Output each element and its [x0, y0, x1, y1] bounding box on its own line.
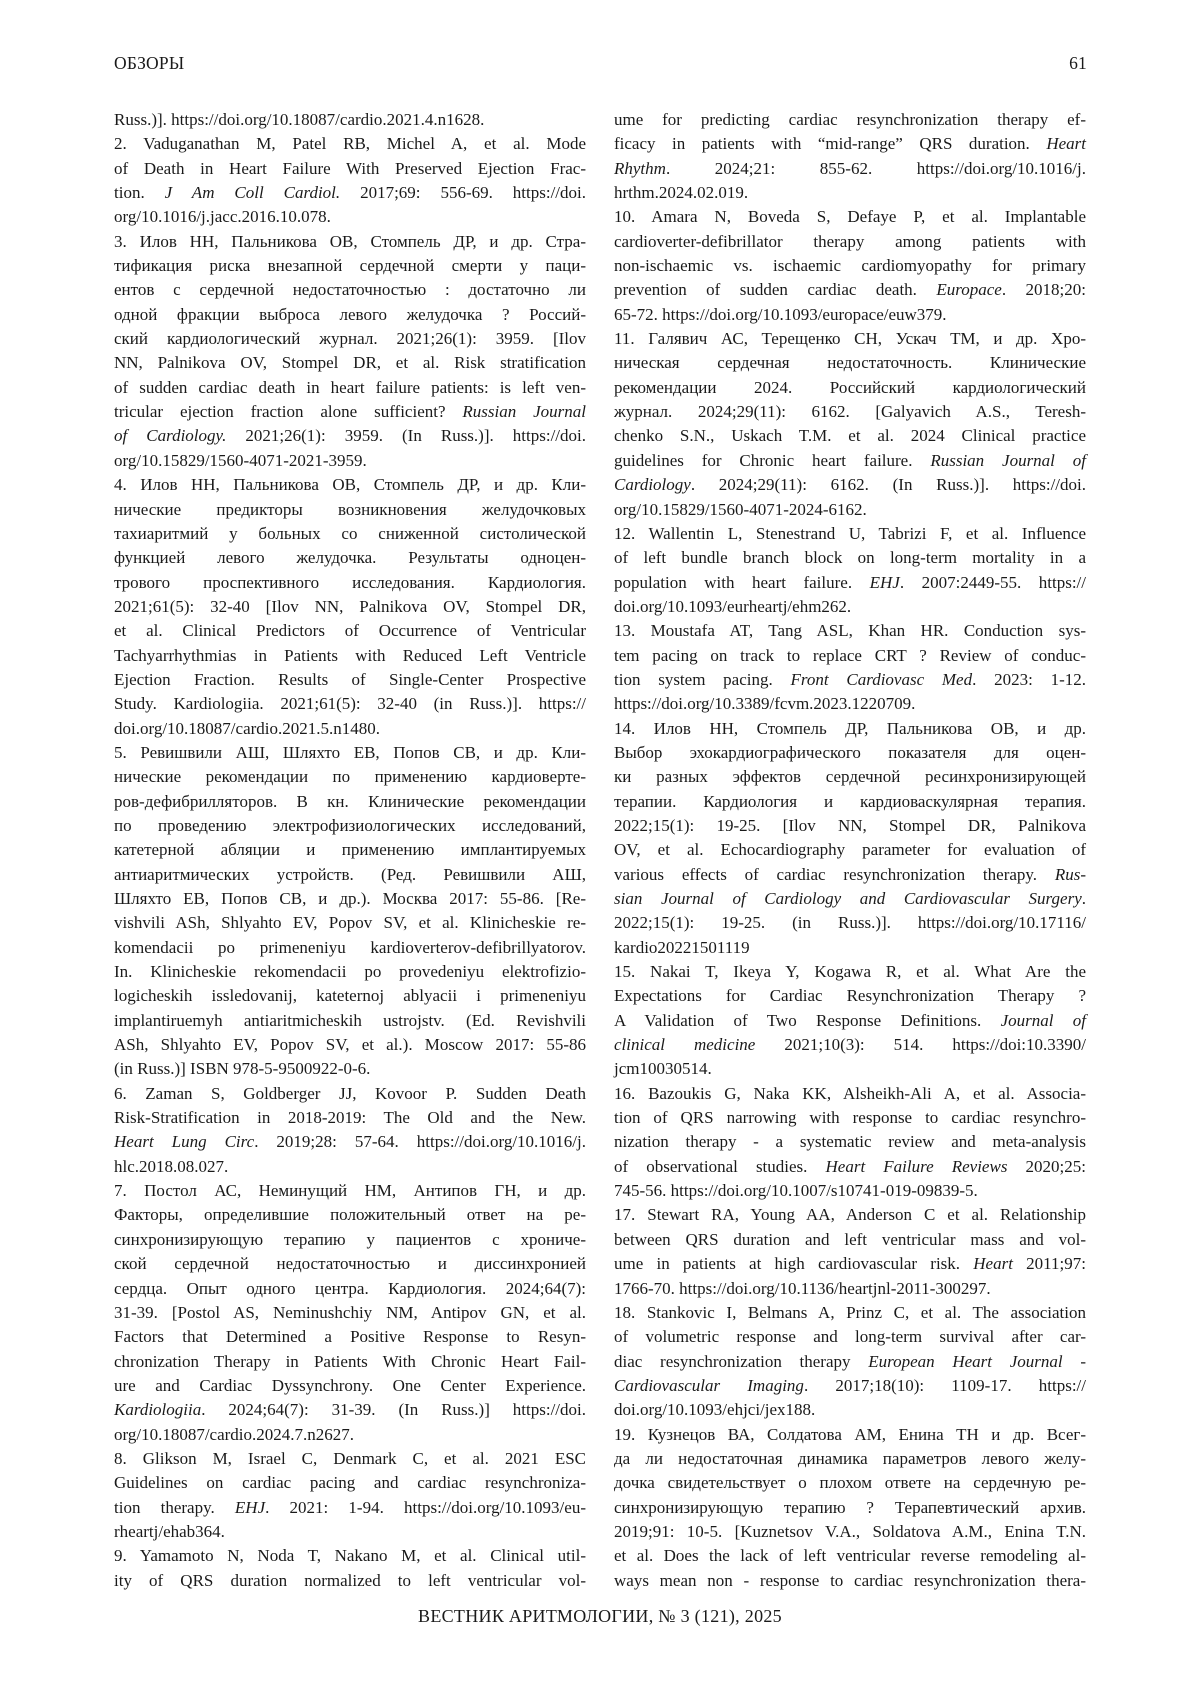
running-head-section: ОБЗОРЫ — [114, 53, 184, 74]
journal-title: Cardiovascular Imaging — [614, 1376, 804, 1395]
reference-line: org/10.15829/1560-4071-2021-3959. — [114, 449, 586, 473]
reference-line: of left bundle branch block on long-term… — [614, 546, 1086, 570]
reference-line: Выбор эхокардиографического показателя д… — [614, 741, 1086, 765]
reference-line: одной фракции выброса левого желудочка ?… — [114, 303, 586, 327]
journal-title: of Cardiology. — [114, 426, 226, 445]
journal-title: Heart Failure Reviews — [826, 1157, 1008, 1176]
reference-line: hlc.2018.08.027. — [114, 1155, 586, 1179]
journal-title: Front Cardiovasc Med — [791, 670, 973, 689]
reference-line: kardio20221501119 — [614, 936, 1086, 960]
reference-line: синхронизирующую терапию ? Терапевтическ… — [614, 1496, 1086, 1520]
reference-line: 2021;61(5): 32-40 [Ilov NN, Palnikova OV… — [114, 595, 586, 619]
reference-line: vishvili ASh, Shlyahto EV, Popov SV, et … — [114, 911, 586, 935]
reference-line: 2022;15(1): 19-25. [Ilov NN, Stompel DR,… — [614, 814, 1086, 838]
reference-line: of Death in Heart Failure With Preserved… — [114, 157, 586, 181]
reference-line: сердца. Опыт одного центра. Кардиология.… — [114, 1277, 586, 1301]
reference-line: Tachyarrhythmias in Patients with Reduce… — [114, 644, 586, 668]
reference-line: logicheskih issledovanij, kateternoj abl… — [114, 984, 586, 1008]
reference-line: Cardiovascular Imaging. 2017;18(10): 110… — [614, 1374, 1086, 1398]
reference-line: et al. Clinical Predictors of Occurrence… — [114, 619, 586, 643]
reference-line: 31-39. [Postol AS, Neminushchiy NM, Anti… — [114, 1301, 586, 1325]
reference-line: 4. Илов НН, Пальникова ОВ, Стомпель ДР, … — [114, 473, 586, 497]
reference-line: between QRS duration and left ventricula… — [614, 1228, 1086, 1252]
reference-line: of observational studies. Heart Failure … — [614, 1155, 1086, 1179]
journal-title: Europace — [936, 280, 1001, 299]
reference-line: Expectations for Cardiac Resynchronizati… — [614, 984, 1086, 1008]
journal-title: Journal of — [1001, 1011, 1086, 1030]
reference-line: doi.org/10.1093/eurheartj/ehm262. — [614, 595, 1086, 619]
reference-line: ume for predicting cardiac resynchroniza… — [614, 108, 1086, 132]
reference-line: 65-72. https://doi.org/10.1093/europace/… — [614, 303, 1086, 327]
journal-title: Heart Lung Circ — [114, 1132, 254, 1151]
reference-line: ASh, Shlyahto EV, Popov SV, et al.). Mos… — [114, 1033, 586, 1057]
reference-line: ской сердечной недостаточностью и диссин… — [114, 1252, 586, 1276]
reference-line: Russ.)]. https://doi.org/10.18087/cardio… — [114, 108, 586, 132]
reference-line: hrthm.2024.02.019. — [614, 181, 1086, 205]
reference-line: diac resynchronization therapy European … — [614, 1350, 1086, 1374]
reference-line: ническая сердечная недостаточность. Клин… — [614, 351, 1086, 375]
reference-line: тахиаритмий у больных со сниженной систо… — [114, 522, 586, 546]
reference-line: 2022;15(1): 19-25. (in Russ.)]. https://… — [614, 911, 1086, 935]
journal-title: EHJ — [235, 1498, 265, 1517]
reference-line: 5. Ревишвили АШ, Шляхто ЕВ, Попов СВ, и … — [114, 741, 586, 765]
journal-title: EHJ — [870, 573, 900, 592]
reference-line: komendacii po primeneniyu kardioverterov… — [114, 936, 586, 960]
reference-line: prevention of sudden cardiac death. Euro… — [614, 278, 1086, 302]
reference-line: ure and Cardiac Dyssynchrony. One Center… — [114, 1374, 586, 1398]
reference-line: In. Klinicheskie rekomendacii po provede… — [114, 960, 586, 984]
reference-line: implantiruemyh antiaritmicheskih ustrojs… — [114, 1009, 586, 1033]
page-number: 61 — [1069, 53, 1087, 74]
reference-line: 3. Илов НН, Пальникова ОВ, Стомпель ДР, … — [114, 230, 586, 254]
reference-line: журнал. 2024;29(11): 6162. [Galyavich A.… — [614, 400, 1086, 424]
reference-line: doi.org/10.1093/ehjci/jex188. — [614, 1398, 1086, 1422]
journal-title: Russian Journal of — [930, 451, 1086, 470]
reference-line: ficacy in patients with “mid-range” QRS … — [614, 132, 1086, 156]
reference-line: non-ischaemic vs. ischaemic cardiomyopat… — [614, 254, 1086, 278]
reference-line: Cardiology. 2024;29(11): 6162. (In Russ.… — [614, 473, 1086, 497]
journal-footer: ВЕСТНИК АРИТМОЛОГИИ, № 3 (121), 2025 — [0, 1606, 1200, 1627]
reference-line: et al. Does the lack of left ventricular… — [614, 1544, 1086, 1568]
reference-line: rheartj/ehab364. — [114, 1520, 586, 1544]
reference-line: of volumetric response and long-term sur… — [614, 1325, 1086, 1349]
journal-title: Russian Journal — [462, 402, 586, 421]
journal-title: Heart — [973, 1254, 1013, 1273]
reference-line: 6. Zaman S, Goldberger JJ, Kovoor P. Sud… — [114, 1082, 586, 1106]
reference-line: of Cardiology. 2021;26(1): 3959. (In Rus… — [114, 424, 586, 448]
references-right-column: ume for predicting cardiac resynchroniza… — [614, 108, 1086, 1593]
reference-line: тификация риска внезапной сердечной смер… — [114, 254, 586, 278]
reference-line: 13. Moustafa AT, Tang ASL, Khan HR. Cond… — [614, 619, 1086, 643]
reference-line: (in Russ.)] ISBN 978-5-9500922-0-6. — [114, 1057, 586, 1081]
reference-line: 1766-70. https://doi.org/10.1136/heartjn… — [614, 1277, 1086, 1301]
reference-line: tion. J Am Coll Cardiol. 2017;69: 556-69… — [114, 181, 586, 205]
reference-line: 18. Stankovic I, Belmans A, Prinz C, et … — [614, 1301, 1086, 1325]
reference-line: clinical medicine 2021;10(3): 514. https… — [614, 1033, 1086, 1057]
reference-line: нические рекомендации по применению кард… — [114, 765, 586, 789]
reference-line: катетерной абляции и применению импланти… — [114, 838, 586, 862]
reference-line: ров-дефибрилляторов. В кн. Клинические р… — [114, 790, 586, 814]
reference-line: ентов с сердечной недостаточностью : дос… — [114, 278, 586, 302]
journal-title: clinical medicine — [614, 1035, 755, 1054]
reference-line: ский кардиологический журнал. 2021;26(1)… — [114, 327, 586, 351]
reference-line: антиаритмических устройств. (Ред. Ревишв… — [114, 863, 586, 887]
reference-line: 19. Кузнецов ВА, Солдатова АМ, Енина ТН … — [614, 1423, 1086, 1447]
reference-line: Heart Lung Circ. 2019;28: 57-64. https:/… — [114, 1130, 586, 1154]
reference-line: A Validation of Two Response Definitions… — [614, 1009, 1086, 1033]
reference-line: doi.org/10.18087/cardio.2021.5.n1480. — [114, 717, 586, 741]
journal-title: Rhythm — [614, 159, 666, 178]
reference-line: 15. Nakai T, Ikeya Y, Kogawa R, et al. W… — [614, 960, 1086, 984]
reference-line: org/10.1016/j.jacc.2016.10.078. — [114, 205, 586, 229]
reference-line: Study. Kardiologiia. 2021;61(5): 32-40 (… — [114, 692, 586, 716]
reference-line: cardioverter-defibrillator therapy among… — [614, 230, 1086, 254]
reference-line: функцией левого желудочка. Результаты од… — [114, 546, 586, 570]
reference-line: tion of QRS narrowing with response to c… — [614, 1106, 1086, 1130]
reference-line: 2019;91: 10-5. [Kuznetsov V.A., Soldatov… — [614, 1520, 1086, 1544]
reference-line: да ли недостаточная динамика параметров … — [614, 1447, 1086, 1471]
reference-line: of sudden cardiac death in heart failure… — [114, 376, 586, 400]
reference-line: tion system pacing. Front Cardiovasc Med… — [614, 668, 1086, 692]
reference-line: Ejection Fraction. Results of Single-Cen… — [114, 668, 586, 692]
reference-line: chronization Therapy in Patients With Ch… — [114, 1350, 586, 1374]
reference-line: 10. Amara N, Boveda S, Defaye P, et al. … — [614, 205, 1086, 229]
references-left-column: Russ.)]. https://doi.org/10.18087/cardio… — [114, 108, 586, 1593]
reference-line: tricular ejection fraction alone suffici… — [114, 400, 586, 424]
reference-line: Risk-Stratification in 2018-2019: The Ol… — [114, 1106, 586, 1130]
reference-line: various effects of cardiac resynchroniza… — [614, 863, 1086, 887]
reference-line: 14. Илов НН, Стомпель ДР, Пальникова ОВ,… — [614, 717, 1086, 741]
reference-line: tem pacing on track to replace CRT ? Rev… — [614, 644, 1086, 668]
reference-line: Rhythm. 2024;21: 855-62. https://doi.org… — [614, 157, 1086, 181]
reference-line: Шляхто ЕВ, Попов СВ, и др.). Москва 2017… — [114, 887, 586, 911]
journal-title: sian Journal of Cardiology and Cardiovas… — [614, 889, 1082, 908]
reference-line: jcm10030514. — [614, 1057, 1086, 1081]
journal-title: Kardiologiia — [114, 1400, 201, 1419]
reference-line: трового проспективного исследования. Кар… — [114, 571, 586, 595]
reference-line: рекомендации 2024. Российский кардиологи… — [614, 376, 1086, 400]
reference-line: 7. Постол АС, Неминущий НМ, Антипов ГН, … — [114, 1179, 586, 1203]
reference-line: ume in patients at high cardiovascular r… — [614, 1252, 1086, 1276]
reference-line: Kardiologiia. 2024;64(7): 31-39. (In Rus… — [114, 1398, 586, 1422]
reference-line: ways mean non - response to cardiac resy… — [614, 1569, 1086, 1593]
journal-title: Heart — [1046, 134, 1086, 153]
reference-line: ity of QRS duration normalized to left v… — [114, 1569, 586, 1593]
reference-line: 2. Vaduganathan M, Patel RB, Michel A, e… — [114, 132, 586, 156]
reference-line: guidelines for Chronic heart failure. Ru… — [614, 449, 1086, 473]
reference-line: https://doi.org/10.3389/fcvm.2023.122070… — [614, 692, 1086, 716]
reference-line: 8. Glikson M, Israel C, Denmark C, et al… — [114, 1447, 586, 1471]
reference-line: Factors that Determined a Positive Respo… — [114, 1325, 586, 1349]
reference-line: 9. Yamamoto N, Noda T, Nakano M, et al. … — [114, 1544, 586, 1568]
reference-line: 11. Галявич АС, Терещенко СН, Ускач ТМ, … — [614, 327, 1086, 351]
reference-line: org/10.15829/1560-4071-2024-6162. — [614, 498, 1086, 522]
reference-line: по проведению электрофизиологических исс… — [114, 814, 586, 838]
reference-line: синхронизирующую терапию у пациентов с х… — [114, 1228, 586, 1252]
reference-line: терапии. Кардиология и кардиоваскулярная… — [614, 790, 1086, 814]
reference-line: sian Journal of Cardiology and Cardiovas… — [614, 887, 1086, 911]
reference-line: org/10.18087/cardio.2024.7.n2627. — [114, 1423, 586, 1447]
reference-line: OV, et al. Echocardiography parameter fo… — [614, 838, 1086, 862]
journal-title: Cardiology — [614, 475, 691, 494]
reference-line: 12. Wallentin L, Stenestrand U, Tabrizi … — [614, 522, 1086, 546]
reference-line: NN, Palnikova OV, Stompel DR, et al. Ris… — [114, 351, 586, 375]
reference-line: ки разных эффектов сердечной ресинхрониз… — [614, 765, 1086, 789]
reference-line: 16. Bazoukis G, Naka KK, Alsheikh-Ali A,… — [614, 1082, 1086, 1106]
reference-line: nization therapy - a systematic review a… — [614, 1130, 1086, 1154]
reference-line: нические предикторы возникновения желудо… — [114, 498, 586, 522]
journal-title: European Heart Journal - — [868, 1352, 1086, 1371]
reference-line: Guidelines on cardiac pacing and cardiac… — [114, 1471, 586, 1495]
reference-line: chenko S.N., Uskach T.M. et al. 2024 Cli… — [614, 424, 1086, 448]
journal-title: Rus- — [1055, 865, 1086, 884]
reference-line: tion therapy. EHJ. 2021: 1-94. https://d… — [114, 1496, 586, 1520]
journal-title: J Am Coll Cardiol. — [165, 183, 341, 202]
reference-line: population with heart failure. EHJ. 2007… — [614, 571, 1086, 595]
reference-line: 17. Stewart RA, Young AA, Anderson C et … — [614, 1203, 1086, 1227]
reference-line: 745-56. https://doi.org/10.1007/s10741-0… — [614, 1179, 1086, 1203]
reference-line: дочка свидетельствует о плохом ответе на… — [614, 1471, 1086, 1495]
reference-line: Факторы, определившие положительный отве… — [114, 1203, 586, 1227]
